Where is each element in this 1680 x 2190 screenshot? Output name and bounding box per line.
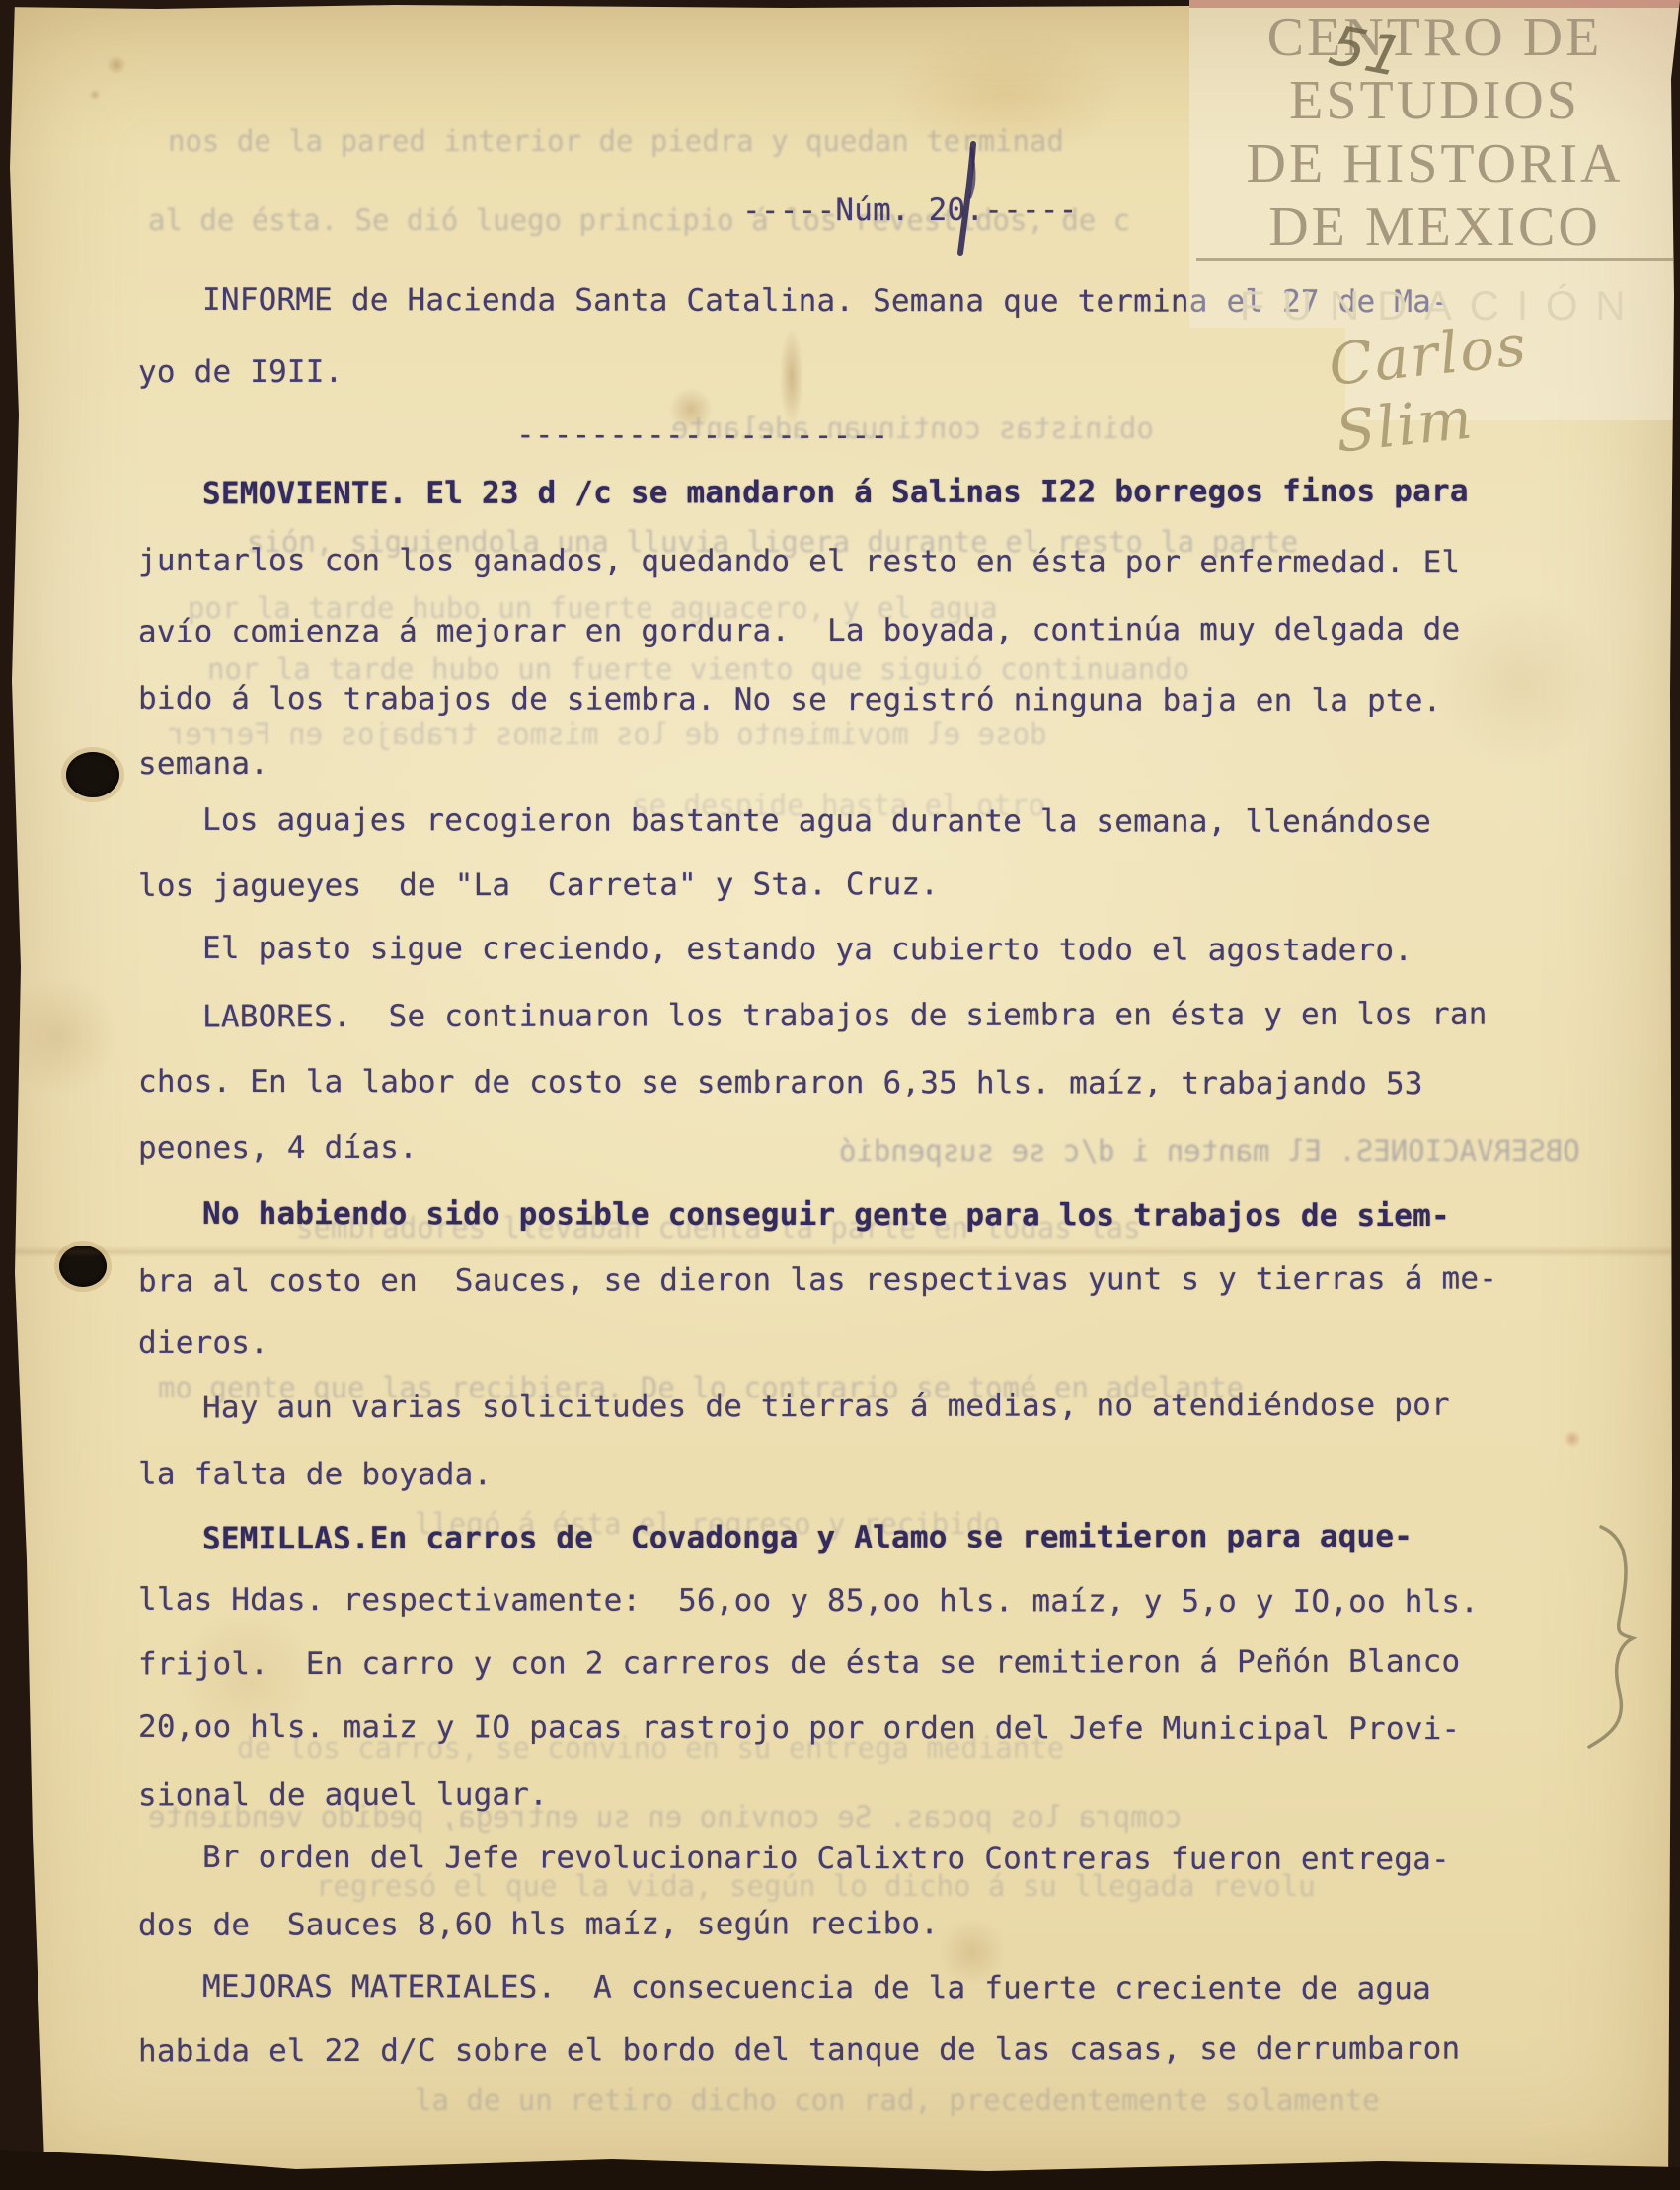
watermark-archive-name: CENTRO DEESTUDIOSDE HISTORIADE MEXICO [1189, 6, 1680, 259]
scanned-document-page: nos de la pared interior de piedra y que… [0, 0, 1680, 2190]
watermark-text-line: ESTUDIOS [1189, 69, 1680, 132]
punch-hole-top [66, 752, 119, 797]
watermark-divider-line [1196, 258, 1673, 261]
scan-edge-top-right [1189, 0, 1680, 8]
watermark-text-line: DE MEXICO [1189, 195, 1680, 259]
fold-crease [0, 1246, 1680, 1257]
watermark-text-line: DE HISTORIA [1189, 132, 1680, 195]
watermark-text-line: CENTRO DE [1189, 6, 1680, 69]
